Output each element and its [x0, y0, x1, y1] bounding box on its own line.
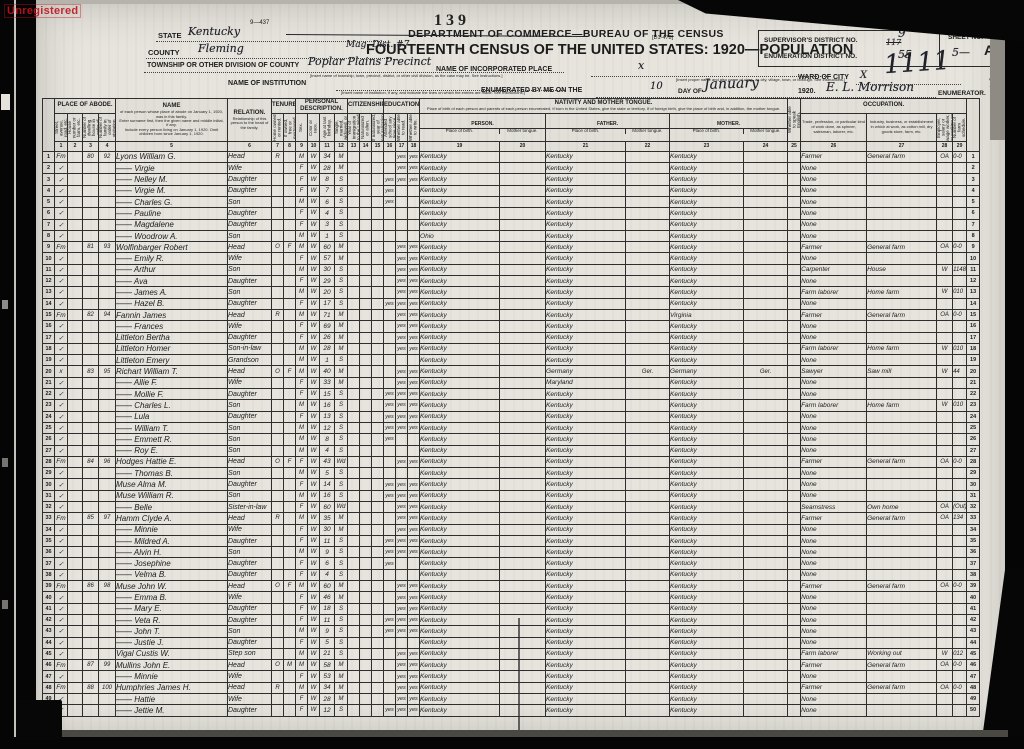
table-row: 25✓—— William T.SonMW12SyesyesyesKentuck… [43, 422, 980, 433]
cell-dwelling-number [83, 174, 99, 185]
cell-employer-class: W [937, 648, 953, 659]
cell-marital-status: S [335, 400, 348, 411]
cell-employer-class [937, 411, 953, 422]
cell-dwelling-number [83, 648, 99, 659]
cell-father-pob: Kentucky [546, 151, 626, 162]
cell-name: —— Emmett R. [116, 434, 228, 445]
form-code-right: [D1-478] [652, 35, 673, 41]
cell-race: W [308, 321, 320, 332]
cell-home-owned [272, 219, 284, 230]
cell-industry [867, 603, 937, 614]
cell-family-number [99, 321, 116, 332]
cell-can-read: yes [396, 389, 408, 400]
cell-home-owned [272, 569, 284, 580]
cell-attended-school: yes [384, 614, 396, 625]
cell-attended-school: yes [384, 422, 396, 433]
cell-mother-pob: Kentucky [670, 343, 744, 354]
table-row: 30✓Muse Alma M.DaughterFW14SyesyesyesKen… [43, 479, 980, 490]
cell-attended-school: yes [384, 626, 396, 637]
cell-can-write: yes [408, 309, 420, 320]
cell-home-owned [272, 592, 284, 603]
table-row: 22✓—— Mollie F.DaughterFW15SyesyesyesKen… [43, 389, 980, 400]
cell-dwelling-number [83, 434, 99, 445]
cell-mother-pob: Kentucky [670, 185, 744, 196]
cell-immigration-year [348, 332, 360, 343]
cell-employer-class [937, 230, 953, 241]
cell-occupation: Farmer [801, 581, 867, 592]
row-number: 2 [967, 163, 980, 174]
cell-family-number [99, 501, 116, 512]
cell-relation: Head [228, 581, 272, 592]
cell-attended-school [384, 343, 396, 354]
row-number: 32 [967, 501, 980, 512]
cell-father-mother-tongue [626, 253, 670, 264]
cell-immigration-year [348, 151, 360, 162]
cell-speaks-english [788, 196, 801, 207]
cell-pob: Kentucky [420, 422, 500, 433]
cell-pob: Kentucky [420, 648, 500, 659]
cell-attended-school [384, 287, 396, 298]
cell-home-owned [272, 355, 284, 366]
cell-relation: Son [228, 490, 272, 501]
cell-occupation: None [801, 479, 867, 490]
cell-house-number [68, 276, 83, 287]
cell-dwelling-number [83, 298, 99, 309]
cell-speaks-english [788, 400, 801, 411]
cell-attended-school [384, 276, 396, 287]
row-number: 36 [43, 547, 55, 558]
cell-sex: F [296, 671, 308, 682]
table-row: 48Fm88100Humphries James H.HeadRMW34Myes… [43, 682, 980, 693]
cell-race: W [308, 264, 320, 275]
cell-age: 9 [320, 626, 335, 637]
incorporated-value: x [638, 59, 644, 72]
cell-can-read: yes [396, 682, 408, 693]
cell-marital-status: M [335, 524, 348, 535]
cell-mother-mother-tongue [744, 208, 788, 219]
cell-dwelling-number [83, 276, 99, 287]
col-header-age: Age at last birthday. [320, 113, 335, 141]
cell-farm-schedule: 010 [953, 343, 967, 354]
cell-industry [867, 411, 937, 422]
cell-mother-tongue [500, 389, 546, 400]
cell-marital-status: M [335, 366, 348, 377]
cell-mother-tongue [500, 230, 546, 241]
cell-can-write: yes [408, 332, 420, 343]
cell-street-mark: ✓ [55, 558, 68, 569]
col-number: 19 [420, 141, 500, 151]
cell-dwelling-number [83, 490, 99, 501]
cell-naturalized [360, 445, 372, 456]
cell-age: 40 [320, 366, 335, 377]
cell-age: 6 [320, 196, 335, 207]
cell-can-write: yes [408, 626, 420, 637]
row-number: 42 [43, 614, 55, 625]
cell-marital-status: S [335, 185, 348, 196]
cell-marital-status: M [335, 581, 348, 592]
cell-speaks-english [788, 422, 801, 433]
cell-immigration-year [348, 411, 360, 422]
cell-name: —— Pauline [116, 208, 228, 219]
cell-can-read: yes [396, 264, 408, 275]
cell-home-owned [272, 524, 284, 535]
cell-father-mother-tongue [626, 355, 670, 366]
cell-naturalized [360, 355, 372, 366]
cell-mother-tongue [500, 174, 546, 185]
cell-sex: F [296, 705, 308, 716]
cell-relation: Head [228, 366, 272, 377]
cell-speaks-english [788, 253, 801, 264]
table-row: 34✓—— MinnieWifeFW30MyesyesKentuckyKentu… [43, 524, 980, 535]
cell-naturalization-year [372, 309, 384, 320]
cell-family-number [99, 558, 116, 569]
cell-father-pob: Kentucky [546, 253, 626, 264]
cell-father-pob: Kentucky [546, 400, 626, 411]
col-header-industry: Industry, business, or establishment in … [867, 113, 937, 141]
cell-relation: Daughter [228, 185, 272, 196]
cell-dwelling-number [83, 253, 99, 264]
cell-naturalized [360, 377, 372, 388]
cell-father-pob: Kentucky [546, 185, 626, 196]
cell-employer-class: OA [937, 682, 953, 693]
cell-mother-mother-tongue [744, 479, 788, 490]
cell-family-number [99, 174, 116, 185]
cell-home-owned [272, 558, 284, 569]
cell-house-number [68, 298, 83, 309]
cell-street-mark: Fm [55, 660, 68, 671]
state-label: STATE [158, 31, 181, 40]
cell-marital-status: S [335, 569, 348, 580]
cell-marital-status: S [335, 637, 348, 648]
cell-father-mother-tongue [626, 185, 670, 196]
cell-house-number [68, 287, 83, 298]
col-number: 15 [372, 141, 384, 151]
cell-industry [867, 185, 937, 196]
cell-father-mother-tongue [626, 535, 670, 546]
cell-home-owned [272, 705, 284, 716]
cell-street-mark: ✓ [55, 671, 68, 682]
cell-owned-free [284, 287, 296, 298]
cell-pob: Kentucky [420, 660, 500, 671]
cell-family-number: 97 [99, 513, 116, 524]
row-number: 28 [43, 456, 55, 467]
cell-owned-free [284, 614, 296, 625]
cell-father-mother-tongue [626, 558, 670, 569]
cell-mother-mother-tongue [744, 581, 788, 592]
row-number: 28 [967, 456, 980, 467]
cell-pob: Kentucky [420, 264, 500, 275]
cell-can-read [396, 569, 408, 580]
cell-marital-status: M [335, 671, 348, 682]
cell-relation: Head [228, 660, 272, 671]
cell-sex: F [296, 276, 308, 287]
cell-mother-pob: Kentucky [670, 694, 744, 705]
cell-race: W [308, 287, 320, 298]
cell-home-owned [272, 626, 284, 637]
cell-dwelling-number [83, 547, 99, 558]
cell-father-mother-tongue [626, 603, 670, 614]
cell-relation: Head [228, 242, 272, 253]
cell-speaks-english [788, 309, 801, 320]
col-number: 23 [670, 141, 744, 151]
cell-immigration-year [348, 174, 360, 185]
row-number: 21 [43, 377, 55, 388]
table-row: 35✓—— Mildred A.DaughterFW11SyesyesyesKe… [43, 535, 980, 546]
cell-occupation: None [801, 253, 867, 264]
scan-shadow-bottom [28, 730, 1008, 737]
cell-can-write: yes [408, 287, 420, 298]
cell-name: Vigal Custis W. [116, 648, 228, 659]
cell-father-pob: Kentucky [546, 547, 626, 558]
cell-industry [867, 174, 937, 185]
cell-dwelling-number: 80 [83, 151, 99, 162]
cell-name: —— Nelley M. [116, 174, 228, 185]
cell-industry [867, 626, 937, 637]
cell-industry [867, 445, 937, 456]
cell-immigration-year [348, 468, 360, 479]
cell-owned-free [284, 648, 296, 659]
cell-relation: Wife [228, 592, 272, 603]
cell-street-mark: Fm [55, 151, 68, 162]
cell-industry [867, 547, 937, 558]
cell-dwelling-number [83, 501, 99, 512]
row-number: 23 [967, 400, 980, 411]
cell-home-owned [272, 185, 284, 196]
cell-name: Humphries James H. [116, 682, 228, 693]
row-number: 35 [967, 535, 980, 546]
cell-naturalized [360, 366, 372, 377]
cell-age: 14 [320, 479, 335, 490]
cell-can-read: yes [396, 309, 408, 320]
subgroup-father: FATHER.Place of birth.Mother tongue. [546, 113, 670, 141]
cell-house-number [68, 151, 83, 162]
cell-father-mother-tongue [626, 614, 670, 625]
cell-can-write: yes [408, 614, 420, 625]
cell-name: Lyons William G. [116, 151, 228, 162]
cell-mother-tongue [500, 309, 546, 320]
cell-employer-class [937, 389, 953, 400]
row-number: 4 [967, 185, 980, 196]
cell-pob: Kentucky [420, 163, 500, 174]
cell-street-mark: ✓ [55, 411, 68, 422]
cell-relation: Daughter [228, 569, 272, 580]
cell-age: 4 [320, 569, 335, 580]
cell-family-number [99, 400, 116, 411]
cell-house-number [68, 592, 83, 603]
cell-employer-class: W [937, 287, 953, 298]
cell-race: W [308, 151, 320, 162]
cell-attended-school: yes [384, 434, 396, 445]
row-number: 34 [967, 524, 980, 535]
cell-pob: Kentucky [420, 524, 500, 535]
cell-can-write: yes [408, 298, 420, 309]
cell-dwelling-number [83, 468, 99, 479]
cell-name: —— Mollie F. [116, 389, 228, 400]
cell-relation: Daughter [228, 535, 272, 546]
group-nativity: NATIVITY AND MOTHER TONGUE.Place of birt… [420, 99, 788, 114]
cell-naturalized [360, 547, 372, 558]
cell-marital-status: S [335, 626, 348, 637]
cell-employer-class [937, 479, 953, 490]
row-number: 31 [967, 490, 980, 501]
cell-street-mark: ✓ [55, 400, 68, 411]
cell-mother-mother-tongue [744, 276, 788, 287]
cell-street-mark: ✓ [55, 343, 68, 354]
cell-mother-tongue [500, 208, 546, 219]
cell-race: W [308, 705, 320, 716]
cell-relation: Grandson [228, 355, 272, 366]
cell-sex: M [296, 660, 308, 671]
table-row: 36✓—— Alvin H.SonMW9SyesyesyesKentuckyKe… [43, 547, 980, 558]
cell-immigration-year [348, 501, 360, 512]
cell-mother-pob: Kentucky [670, 208, 744, 219]
cell-father-mother-tongue [626, 490, 670, 501]
cell-owned-free [284, 343, 296, 354]
cell-father-pob: Kentucky [546, 468, 626, 479]
table-row: 47✓—— MinnieWifeFW53MyesyesKentuckyKentu… [43, 671, 980, 682]
table-row: 42✓—— Veta R.DaughterFW11SyesyesyesKentu… [43, 614, 980, 625]
form-code-left: 9—437 [250, 20, 269, 26]
cell-dwelling-number [83, 208, 99, 219]
cell-house-number [68, 626, 83, 637]
cell-father-mother-tongue [626, 377, 670, 388]
cell-dwelling-number [83, 569, 99, 580]
cell-mother-pob: Kentucky [670, 445, 744, 456]
row-number: 6 [967, 208, 980, 219]
cell-attended-school [384, 377, 396, 388]
cell-farm-schedule: 0-0 [953, 456, 967, 467]
cell-owned-free [284, 208, 296, 219]
cell-dwelling-number: 88 [83, 682, 99, 693]
cell-father-pob: Kentucky [546, 276, 626, 287]
cell-mother-pob: Kentucky [670, 411, 744, 422]
cell-name: —— Virgie [116, 163, 228, 174]
cell-naturalization-year [372, 174, 384, 185]
cell-can-read [396, 434, 408, 445]
cell-marital-status: S [335, 422, 348, 433]
cell-home-owned [272, 445, 284, 456]
col-number: 28 [937, 141, 953, 151]
cell-race: W [308, 343, 320, 354]
enumerator-label: ENUMERATOR. [938, 90, 986, 97]
cell-attended-school [384, 163, 396, 174]
cell-house-number [68, 468, 83, 479]
cell-occupation: None [801, 524, 867, 535]
cell-mother-mother-tongue [744, 445, 788, 456]
cell-employer-class: W [937, 264, 953, 275]
cell-dwelling-number [83, 626, 99, 637]
cell-immigration-year [348, 242, 360, 253]
cell-mother-tongue [500, 660, 546, 671]
cell-marital-status: M [335, 343, 348, 354]
cell-race: W [308, 456, 320, 467]
col-header-can-write: Whether able to write. [408, 113, 420, 141]
cell-employer-class [937, 219, 953, 230]
cell-marital-status: S [335, 230, 348, 241]
cell-owned-free [284, 276, 296, 287]
col-number: 26 [801, 141, 867, 151]
cell-dwelling-number [83, 377, 99, 388]
cell-can-write [408, 569, 420, 580]
cell-relation: Wife [228, 694, 272, 705]
cell-father-mother-tongue [626, 230, 670, 241]
cell-mother-pob: Kentucky [670, 242, 744, 253]
cell-employer-class [937, 298, 953, 309]
cell-farm-schedule [953, 332, 967, 343]
cell-family-number [99, 671, 116, 682]
cell-race: W [308, 242, 320, 253]
col-header-naturalized: Naturalized or alien. [360, 113, 372, 141]
cell-name: —— Minnie [116, 671, 228, 682]
cell-speaks-english [788, 377, 801, 388]
cell-family-number [99, 569, 116, 580]
cell-naturalized [360, 569, 372, 580]
cell-naturalization-year [372, 535, 384, 546]
col-number: 16 [384, 141, 396, 151]
cell-marital-status: S [335, 411, 348, 422]
cell-father-pob: Kentucky [546, 558, 626, 569]
cell-attended-school: yes [384, 535, 396, 546]
cell-mother-mother-tongue [744, 230, 788, 241]
cell-father-mother-tongue [626, 479, 670, 490]
row-number: 36 [967, 547, 980, 558]
cell-relation: Daughter [228, 389, 272, 400]
row-number: 5 [43, 196, 55, 207]
cell-employer-class [937, 569, 953, 580]
cell-mother-mother-tongue [744, 309, 788, 320]
cell-attended-school: yes [384, 479, 396, 490]
cell-street-mark: ✓ [55, 264, 68, 275]
cell-can-read [396, 208, 408, 219]
row-number: 5 [967, 196, 980, 207]
cell-street-mark: Fm [55, 309, 68, 320]
cell-industry [867, 637, 937, 648]
cell-name: —— Belle [116, 501, 228, 512]
cell-street-mark: ✓ [55, 445, 68, 456]
cell-farm-schedule: 44 [953, 366, 967, 377]
row-number: 13 [967, 287, 980, 298]
cell-sex: F [296, 321, 308, 332]
cell-naturalized [360, 614, 372, 625]
row-number: 21 [967, 377, 980, 388]
cell-attended-school [384, 660, 396, 671]
cell-mother-tongue [500, 287, 546, 298]
cell-immigration-year [348, 219, 360, 230]
cell-occupation: None [801, 614, 867, 625]
cell-naturalized [360, 422, 372, 433]
cell-house-number [68, 230, 83, 241]
cell-naturalization-year [372, 456, 384, 467]
col-number: 25 [788, 141, 801, 151]
cell-can-read: yes [396, 501, 408, 512]
cell-mother-pob: Kentucky [670, 355, 744, 366]
cell-father-pob: Kentucky [546, 287, 626, 298]
cell-marital-status: M [335, 513, 348, 524]
cell-immigration-year [348, 603, 360, 614]
cell-naturalization-year [372, 355, 384, 366]
cell-attended-school [384, 456, 396, 467]
cell-father-pob: Kentucky [546, 422, 626, 433]
cell-employer-class: OA [937, 501, 953, 512]
cell-race: W [308, 309, 320, 320]
cell-marital-status: M [335, 253, 348, 264]
cell-pob: Kentucky [420, 456, 500, 467]
cell-employer-class [937, 377, 953, 388]
cell-mother-pob: Kentucky [670, 151, 744, 162]
cell-marital-status: S [335, 355, 348, 366]
row-number: 4 [43, 185, 55, 196]
cell-name: —— Woodrow A. [116, 230, 228, 241]
